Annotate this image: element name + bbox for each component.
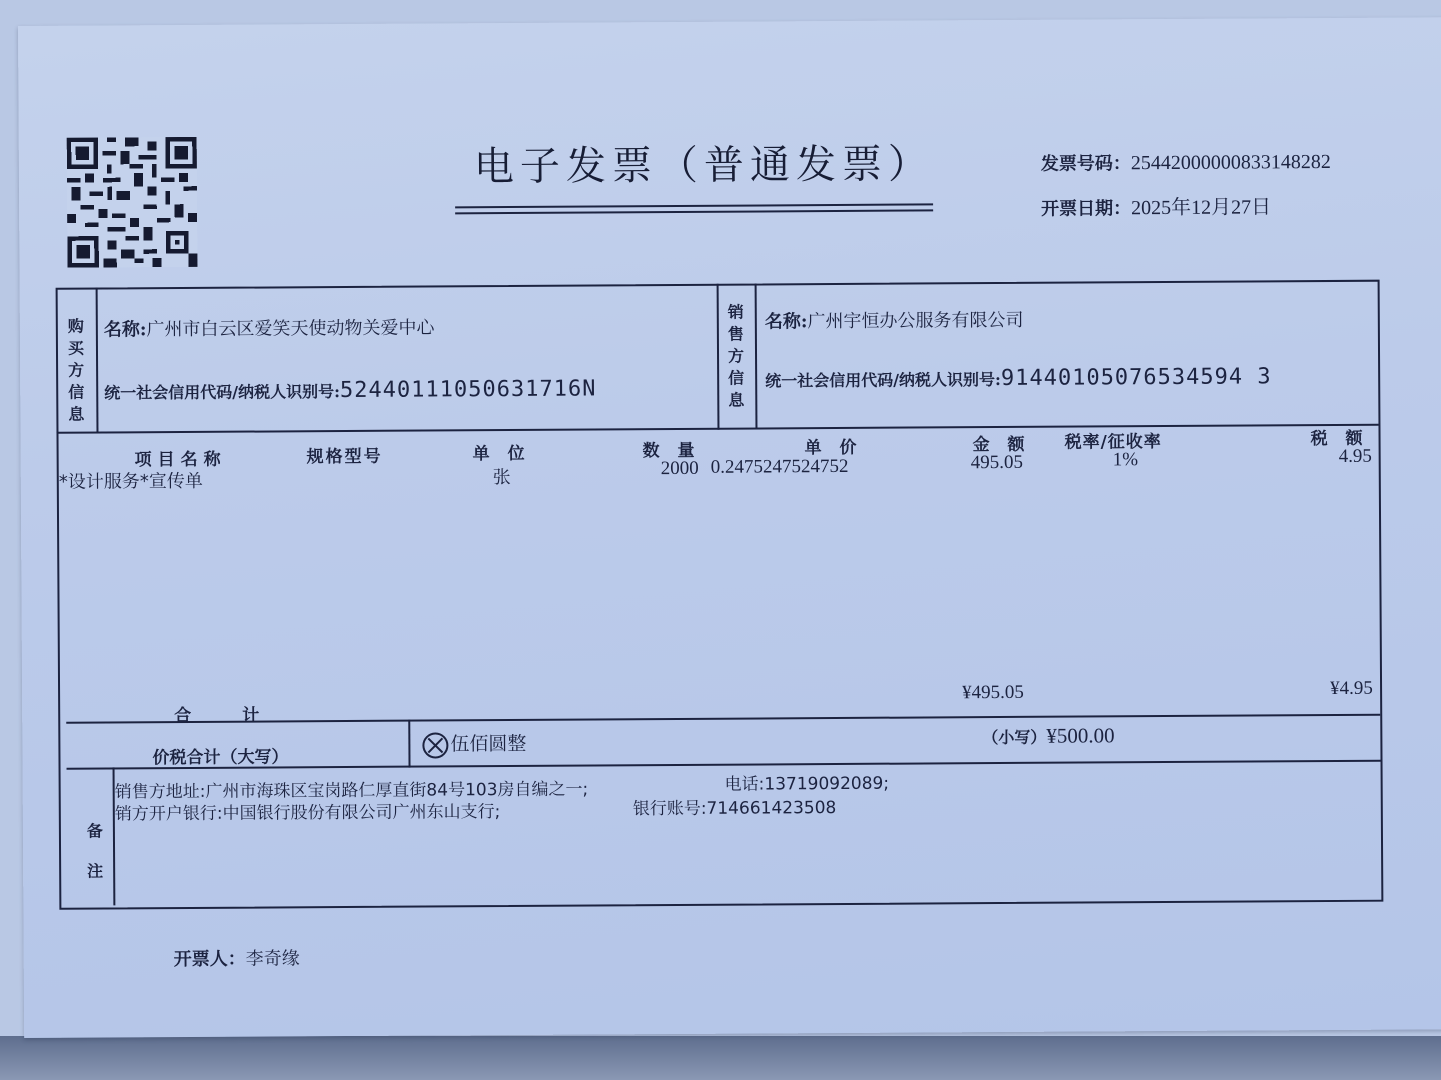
- grand-total-label: 价税合计（大写）: [152, 742, 288, 768]
- item-unit: 张: [493, 463, 511, 489]
- title-underline: [455, 209, 933, 214]
- label-char: 备: [83, 811, 107, 851]
- buyer-tax-id-label: 统一社会信用代码/纳税人识别号:: [104, 382, 340, 402]
- invoice-number: 25442000000833148282: [1131, 151, 1331, 174]
- seller-phone: 电话:13719092089;: [725, 769, 890, 795]
- buyer-name-label: 名称:: [104, 319, 147, 340]
- item-tax: 4.95: [1339, 446, 1372, 468]
- buyer-tax-id-row: 统一社会信用代码/纳税人识别号:52440111050631716N: [104, 376, 596, 404]
- label-char: 信: [724, 368, 748, 390]
- seller-tax-id: 91440105076534594 3: [1001, 364, 1272, 391]
- divider: [408, 720, 410, 768]
- title-underline: [455, 203, 933, 208]
- item-name: *设计服务*宣传单: [59, 467, 203, 494]
- grand-total-small-row: （小写）¥500.00: [982, 723, 1114, 749]
- issuer-row: 开票人：李奇缘: [174, 944, 300, 971]
- invoice-number-row: 发票号码：25442000000833148282: [1041, 148, 1331, 176]
- item-quantity: 2000: [661, 458, 699, 480]
- subtotal-amount: ¥495.05: [962, 682, 1024, 704]
- label-char: 购: [64, 316, 88, 338]
- invoice-date: 2025年12月27日: [1131, 196, 1271, 219]
- header-unit: 单 位: [473, 439, 531, 464]
- label-char: 注: [83, 851, 107, 891]
- seller-name-label: 名称:: [765, 311, 808, 332]
- seller-bank: 销方开户银行:中国银行股份有限公司广州东山支行;: [115, 797, 501, 824]
- label-char: 买: [64, 338, 88, 360]
- label-char: 信: [64, 382, 88, 404]
- buyer-name-row: 名称:广州市白云区爱笑天使动物关爱中心: [104, 313, 435, 341]
- grand-total-words: 伍佰圆整: [450, 733, 526, 755]
- item-unit-price: 0.2475247524752: [711, 456, 849, 479]
- circle-x-icon: [422, 732, 448, 758]
- issuer-name: 李奇缘: [246, 948, 300, 969]
- invoice-date-row: 开票日期：2025年12月27日: [1041, 190, 1271, 220]
- table-row: *设计服务*宣传单 张 2000 0.2475247524752 495.05 …: [18, 17, 1441, 26]
- buyer-tax-id: 52440111050631716N: [340, 376, 597, 403]
- remarks-label: 备 注: [83, 811, 107, 891]
- seller-account: 银行账号:714661423508: [633, 793, 837, 819]
- issuer-label: 开票人：: [174, 949, 246, 970]
- invoice-title: 电子发票（普通发票）: [474, 132, 934, 192]
- seller-tax-id-row: 统一社会信用代码/纳税人识别号:91440105076534594 3: [765, 364, 1272, 392]
- grand-total-small-label: （小写）: [982, 728, 1046, 747]
- label-char: 方: [724, 346, 748, 368]
- header-unit-price: 单 价: [805, 433, 863, 458]
- label-char: 销: [724, 302, 748, 324]
- seller-name-row: 名称:广州宇恒办公服务有限公司: [765, 306, 1024, 334]
- label-char: 售: [724, 324, 748, 346]
- seller-name: 广州宇恒办公服务有限公司: [807, 310, 1023, 332]
- label-char: 息: [64, 404, 88, 426]
- item-tax-rate: 1%: [1113, 449, 1138, 471]
- header-spec: 规格型号: [307, 442, 383, 467]
- subtotal-tax: ¥4.95: [1330, 678, 1373, 700]
- invoice-number-label: 发票号码：: [1041, 153, 1131, 175]
- background-surface: [0, 1036, 1441, 1080]
- label-char: 息: [724, 390, 748, 412]
- seller-section-label: 销 售 方 信 息: [724, 302, 749, 412]
- qr-code-icon: [67, 137, 198, 268]
- invoice-date-label: 开票日期：: [1041, 198, 1131, 220]
- seller-tax-id-label: 统一社会信用代码/纳税人识别号:: [765, 370, 1001, 390]
- item-amount: 495.05: [971, 452, 1023, 474]
- invoice-paper: 电子发票（普通发票） 发票号码：25442000000833148282 开票日…: [18, 17, 1441, 1038]
- buyer-name: 广州市白云区爱笑天使动物关爱中心: [146, 317, 434, 340]
- grand-total: ¥500.00: [1046, 723, 1114, 747]
- grand-total-words-row: 伍佰圆整: [422, 729, 526, 758]
- buyer-section-label: 购 买 方 信 息: [64, 316, 89, 426]
- label-char: 方: [64, 360, 88, 382]
